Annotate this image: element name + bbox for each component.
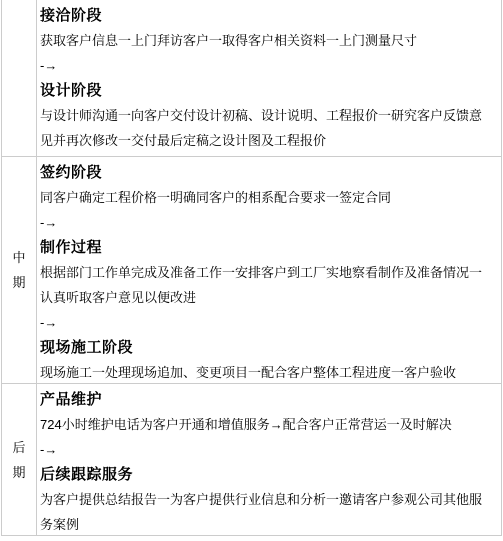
phase-heading: 接洽阶段 [40,3,493,28]
phase-content-cell: 产品维护 724小时维护电话为客户开通和增值服务→配合客户正常营运一及时解决 -… [37,384,501,535]
table-row-early: 接洽阶段 获取客户信息一上门拜访客户一取得客户相关资料一上门测量尺寸 -→ 设计… [2,0,501,156]
period-label: 后期 [12,435,27,485]
phase-steps: 与设计师沟通一向客户交付设计初稿、设计说明、工程报价一研究客户反馈意见并再次修改… [40,103,493,153]
period-label-cell: 后期 [2,384,37,535]
arrow-connector: -→ [40,53,493,78]
phase-steps: 现场施工一处理现场追加、变更项目一配合客户整体工程进度一客户验收 [40,360,493,383]
period-label-cell: 中期 [2,157,37,383]
phase-heading: 后续跟踪服务 [40,462,493,487]
period-label: 中期 [12,245,27,295]
phase-steps: 同客户确定工程价格一明确同客户的相系配合要求一签定合同 [40,185,493,210]
phases-table: 接洽阶段 获取客户信息一上门拜访客户一取得客户相关资料一上门测量尺寸 -→ 设计… [1,0,502,536]
phase-steps: 根据部门工作单完成及准备工作一安排客户到工厂实地察看制作及准备情况一认真听取客户… [40,260,493,310]
arrow-connector: -→ [40,310,493,335]
table-row-late: 后期 产品维护 724小时维护电话为客户开通和增值服务→配合客户正常营运一及时解… [2,383,501,535]
phase-heading: 设计阶段 [40,78,493,103]
phase-content-cell: 签约阶段 同客户确定工程价格一明确同客户的相系配合要求一签定合同 -→ 制作过程… [37,157,501,383]
phase-steps: 获取客户信息一上门拜访客户一取得客户相关资料一上门测量尺寸 [40,28,493,53]
period-label-cell [2,0,37,156]
phase-heading: 现场施工阶段 [40,335,493,360]
phase-steps: 为客户提供总结报告一为客户提供行业信息和分析一邀请客户参观公司其他服务案例 [40,487,493,535]
arrow-connector: -→ [40,210,493,235]
phase-steps: 724小时维护电话为客户开通和增值服务→配合客户正常营运一及时解决 [40,412,493,437]
table-row-middle: 中期 签约阶段 同客户确定工程价格一明确同客户的相系配合要求一签定合同 -→ 制… [2,156,501,383]
phase-heading: 产品维护 [40,387,493,412]
arrow-connector: -→ [40,437,493,462]
phase-heading: 签约阶段 [40,160,493,185]
phase-heading: 制作过程 [40,235,493,260]
phase-content-cell: 接洽阶段 获取客户信息一上门拜访客户一取得客户相关资料一上门测量尺寸 -→ 设计… [37,0,501,156]
